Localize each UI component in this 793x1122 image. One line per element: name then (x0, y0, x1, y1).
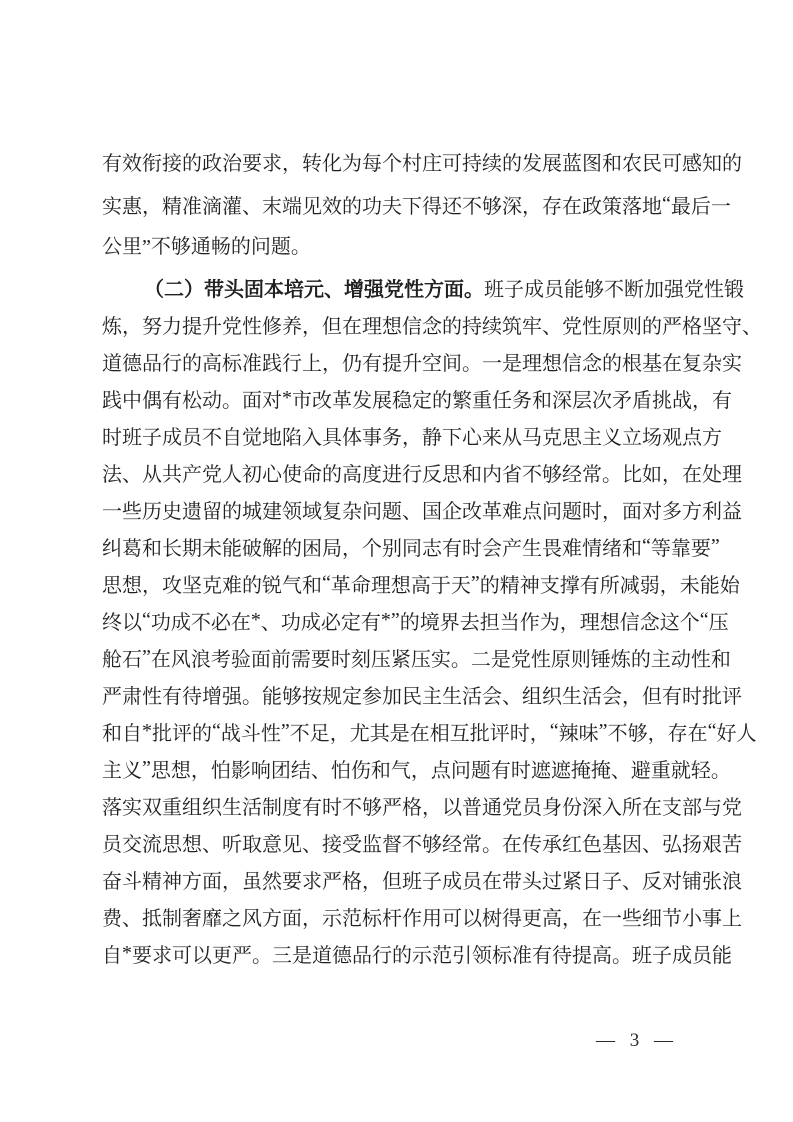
section-heading-char: ） (184, 273, 204, 302)
section-heading-char: 元 (304, 273, 324, 302)
text-line: 一些历史遗留的城建领域复杂问题、国企改革难点问题时，面对多方利益 (102, 491, 702, 528)
text-line: 实惠，精准滴灌、末端见效的功夫下得还不够深，存在政策落地“最后一 (102, 183, 702, 226)
text-line: 法、从共产党人初心使命的高度进行反思和内省不够经常。比如，在处理 (102, 454, 702, 491)
section-heading-char: 带 (204, 273, 224, 302)
section-heading-char: 本 (264, 273, 284, 302)
text-line: 道德品行的高标准践行上，仍有提升空间。一是理想信念的根基在复杂实 (102, 343, 702, 380)
text-line: 主义”思想，怕影响团结、怕伤和气，点问题有时遮遮掩掩、避重就轻。 (102, 750, 702, 787)
section-heading-char: 、 (324, 273, 344, 302)
text-line: 奋斗精神方面，虽然要求严格，但班子成员在带头过紧日子、反对铺张浪 (102, 861, 702, 898)
paragraph: （二）带头固本培元、增强党性方面。班子成员能够不断加强党性锻炼，努力提升党性修养… (102, 269, 702, 972)
section-heading-char: 强 (364, 273, 384, 302)
text-line: 舱石”在风浪考验面前需要时刻压紧压实。二是党性原则锤炼的主动性和 (102, 639, 702, 676)
document-page: 有效衔接的政治要求，转化为每个村庄可持续的发展蓝图和农民可感知的实惠，精准滴灌、… (0, 0, 793, 1122)
text-line: 有效衔接的政治要求，转化为每个村庄可持续的发展蓝图和农民可感知的 (102, 140, 702, 183)
document-body: 有效衔接的政治要求，转化为每个村庄可持续的发展蓝图和农民可感知的实惠，精准滴灌、… (102, 140, 702, 972)
section-heading-char: 固 (244, 273, 264, 302)
text-line: 终以“功成不必在*、功成必定有*”的境界去担当作为，理想信念这个“压 (102, 602, 702, 639)
text-line: 和自*批评的“战斗性”不足，尤其是在相互批评时，“辣味”不够，存在“好人 (102, 713, 702, 750)
text-line: 落实双重组织生活制度有时不够严格，以普通党员身份深入所在支部与党 (102, 787, 702, 824)
section-heading-char: 党 (384, 273, 404, 302)
text-line: 践中偶有松动。面对*市改革发展稳定的繁重任务和深层次矛盾挑战，有 (102, 380, 702, 417)
section-heading-char: 性 (404, 273, 424, 302)
text-line: 时班子成员不自觉地陷入具体事务，静下心来从马克思主义立场观点方 (102, 417, 702, 454)
text-line: 思想，攻坚克难的锐气和“革命理想高于天”的精神支撑有所减弱，未能始 (102, 565, 702, 602)
text-line: 费、抵制奢靡之风方面，示范标杆作用可以树得更高，在一些细节小事上 (102, 898, 702, 935)
page-number: — 3 — (596, 1030, 678, 1052)
paragraph: 有效衔接的政治要求，转化为每个村庄可持续的发展蓝图和农民可感知的实惠，精准滴灌、… (102, 140, 702, 269)
text-line: 公里”不够通畅的问题。 (102, 226, 702, 269)
text-line: 严肃性有待增强。能够按规定参加民主生活会、组织生活会，但有时批评 (102, 676, 702, 713)
section-heading-char: 增 (344, 273, 364, 302)
section-heading-char: （ (144, 273, 164, 302)
section-heading-char: 方 (424, 273, 444, 302)
text-line: 纠葛和长期未能破解的困局，个别同志有时会产生畏难情绪和“等靠要” (102, 528, 702, 565)
text-line: 炼，努力提升党性修养，但在理想信念的持续筑牢、党性原则的严格坚守、 (102, 306, 702, 343)
text-line: 自*要求可以更严。三是道德品行的示范引领标准有待提高。班子成员能 (102, 935, 702, 972)
text-line: 员交流思想、听取意见、接受监督不够经常。在传承红色基因、弘扬艰苦 (102, 824, 702, 861)
section-heading-char: 培 (284, 273, 304, 302)
section-heading-char: 面 (444, 273, 464, 302)
section-heading-char: 二 (164, 273, 184, 302)
section-heading-char: 。 (464, 273, 484, 302)
text-line: （二）带头固本培元、增强党性方面。班子成员能够不断加强党性锻 (102, 269, 702, 306)
section-heading-char: 头 (224, 273, 244, 302)
